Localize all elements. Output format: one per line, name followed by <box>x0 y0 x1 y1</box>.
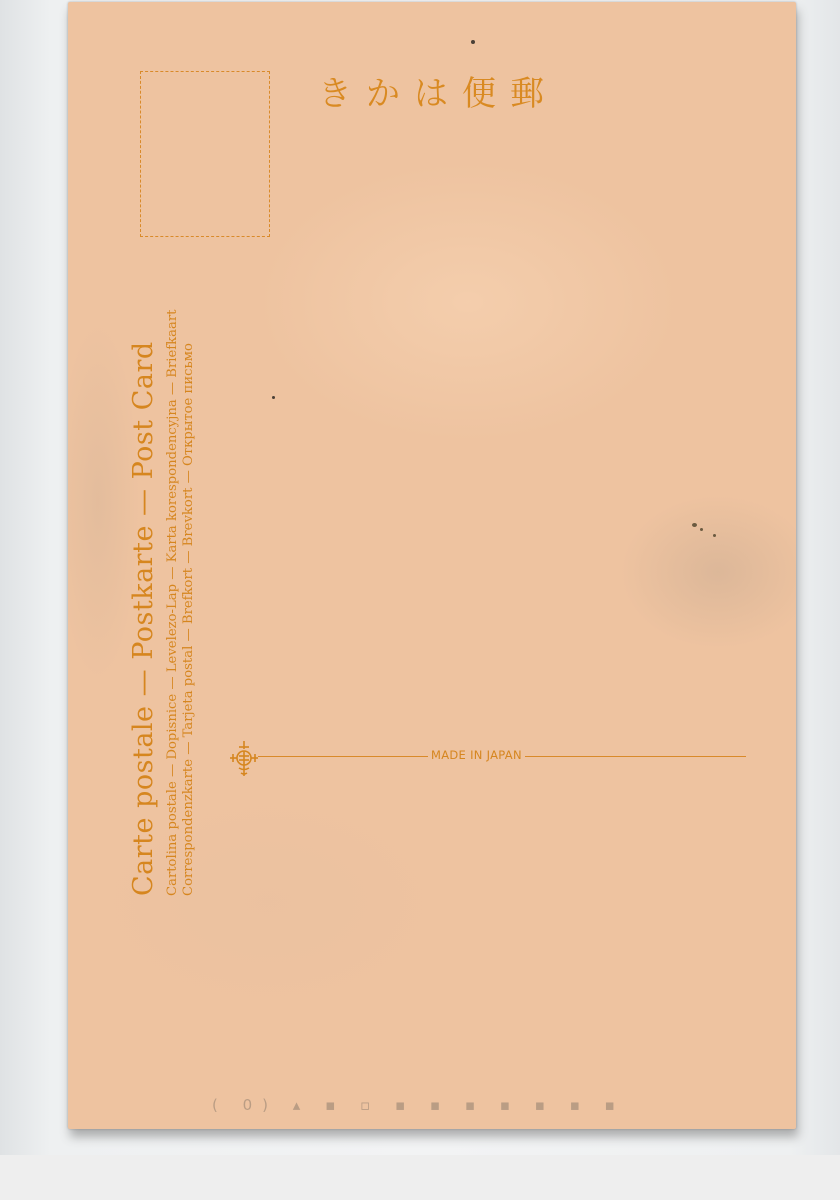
postcard-label-main: Carte postale — Postkarte — Post Card <box>128 341 159 896</box>
ink-speck <box>272 396 275 399</box>
postcard-label-languages-1: Cartolina postale — Dopisnice — Levelezo… <box>165 310 180 896</box>
ink-speck <box>471 40 475 44</box>
pencil-marks: ( 0) ▴ ▪ ▫ ▪ ▪ ▪ ▪ ▪ ▪ ▪ <box>212 1096 625 1114</box>
ink-speck <box>692 523 697 527</box>
crest-emblem-icon <box>229 740 259 778</box>
ink-speck <box>700 528 703 531</box>
postcard-title-japanese: きかは便郵 <box>318 66 558 115</box>
postcard-label-languages-2: Correspondenzkarte — Tarjeta postal — Br… <box>181 343 196 896</box>
stamp-placement-box <box>140 71 270 237</box>
made-in-japan-label: MADE IN JAPAN <box>428 748 525 762</box>
multilingual-postcard-label: Carte postale — Postkarte — Post Card Ca… <box>118 262 208 896</box>
ink-speck <box>713 534 716 537</box>
